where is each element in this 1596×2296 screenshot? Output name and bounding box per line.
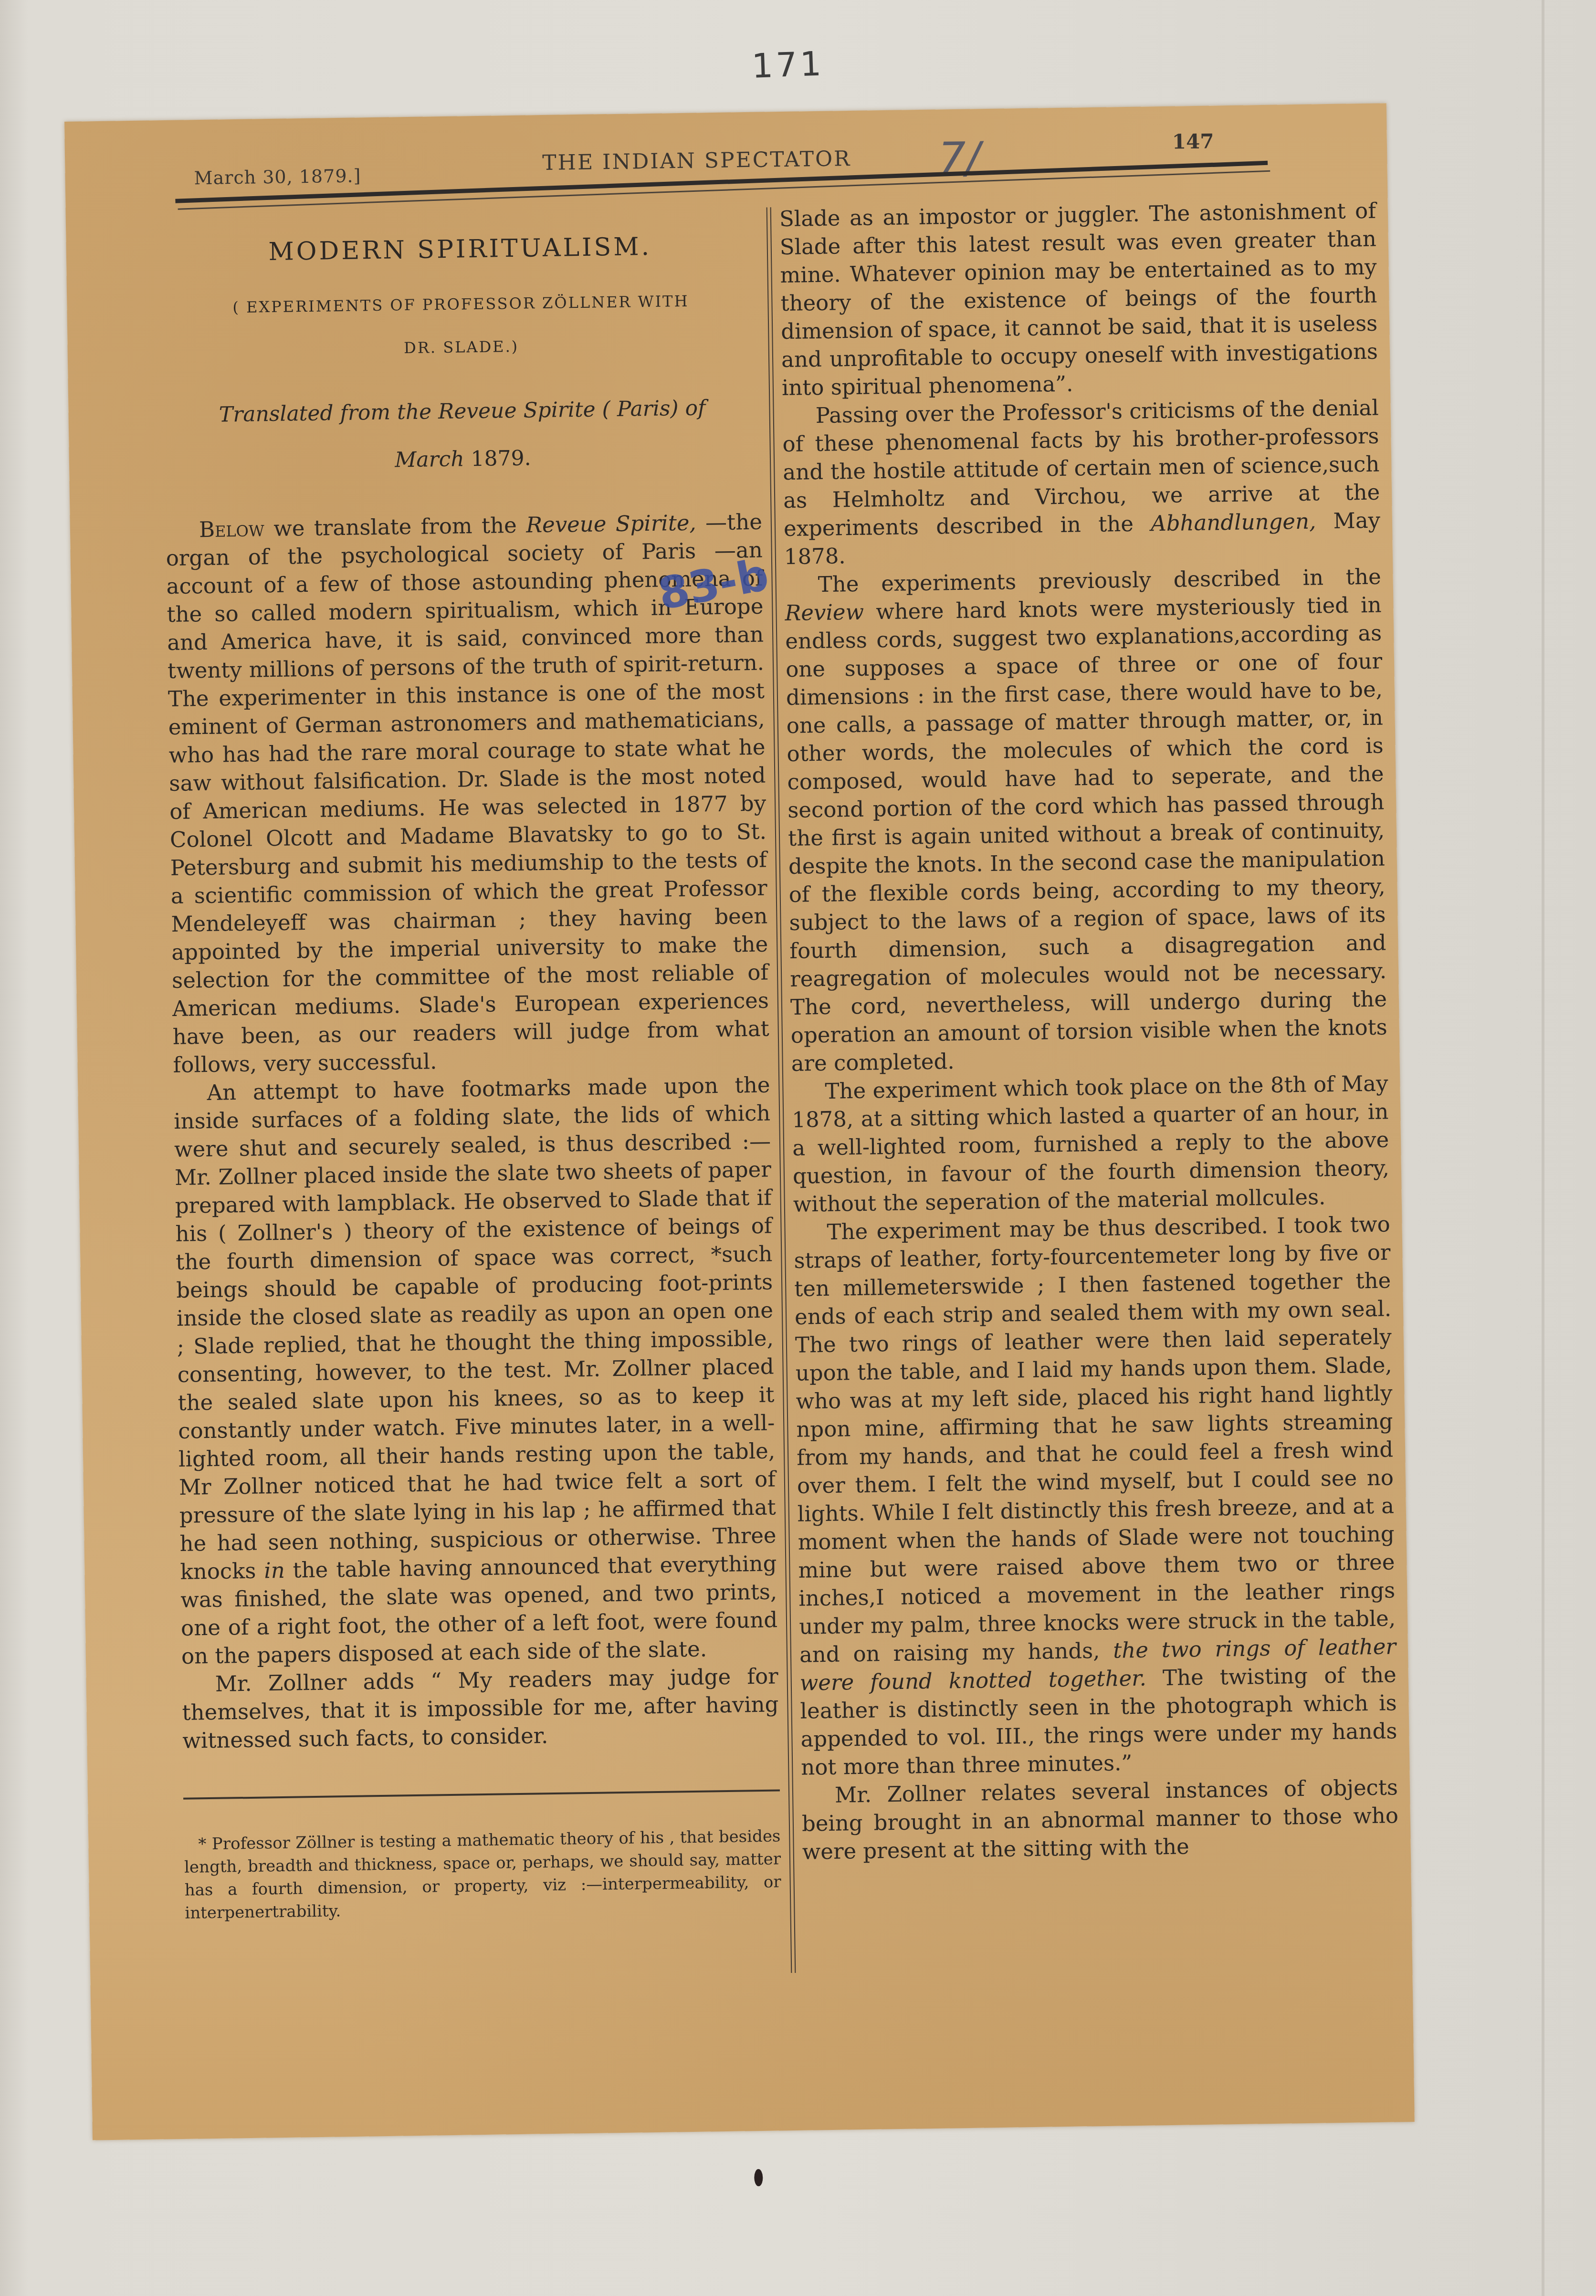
subtitle-line-1: ( EXPERIMENTS OF PROFESSOR ZÖLLNER WITH xyxy=(162,279,759,330)
ink-blot xyxy=(754,2169,763,2186)
paragraph: Mr. Zollner relates several instances of… xyxy=(801,1773,1399,1866)
folio-number: 171 xyxy=(751,44,825,85)
translation-credit: Translated from the Reveue Spirite ( Par… xyxy=(164,384,762,487)
paragraph: An attempt to have footmarks made upon t… xyxy=(173,1071,778,1670)
paragraph: The experiment which took place on the 8… xyxy=(791,1069,1390,1218)
paragraph: The experiment may be thus described. I … xyxy=(793,1210,1397,1781)
newspaper-clipping: March 30, 1879.] THE INDIAN SPECTATOR 7/… xyxy=(64,103,1415,2140)
footnote-rule xyxy=(183,1789,780,1799)
subtitle-line-2: DR. SLADE.) xyxy=(163,322,760,373)
footnote: * Professor Zöllner is testing a mathema… xyxy=(184,1824,782,1924)
issue-date: March 30, 1879.] xyxy=(194,165,361,189)
left-column: MODERN SPIRITUALISM. ( EXPERIMENTS OF PR… xyxy=(161,217,782,1925)
publication-title: THE INDIAN SPECTATOR xyxy=(542,147,851,175)
paragraph: The experiments previously described in … xyxy=(784,563,1388,1078)
paragraph: Mr. Zollner adds “ My readers may judge … xyxy=(181,1662,779,1754)
paragraph: Slade as an impostor or juggler. The ast… xyxy=(779,197,1379,402)
right-column: Slade as an impostor or juggler. The ast… xyxy=(779,197,1399,1866)
translation-date: March 1879. xyxy=(164,431,761,487)
article-subtitle: ( EXPERIMENTS OF PROFESSOR ZÖLLNER WITH … xyxy=(162,279,760,373)
paragraph: Passing over the Professor's criticisms … xyxy=(782,394,1381,571)
article-title: MODERN SPIRITUALISM. xyxy=(161,231,758,268)
translation-source: Translated from the Reveue Spirite ( Par… xyxy=(164,384,761,440)
album-page-edge xyxy=(1542,0,1544,2296)
page-number: 147 xyxy=(1172,129,1214,153)
